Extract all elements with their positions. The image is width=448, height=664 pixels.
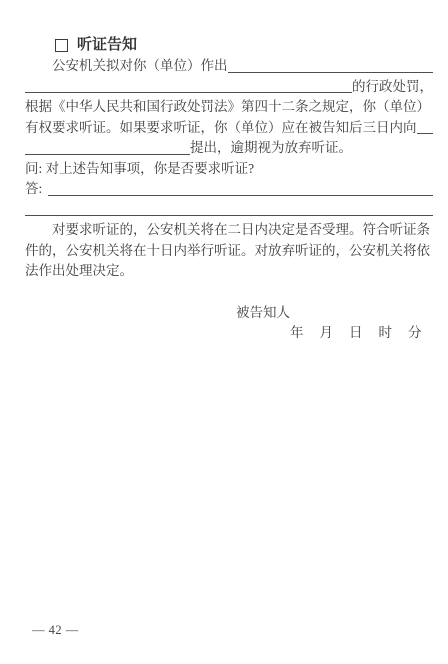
- hour-label: 时: [379, 323, 393, 344]
- blank-penalty-content[interactable]: [228, 72, 434, 73]
- month-label: 月: [320, 323, 334, 344]
- notes-line-2-text: 件的，公安机关将在十日内举行听证。对放弃听证的，公安机关将依: [25, 241, 430, 262]
- question-text: 问: 对上述告知事项，你是否要求听证?: [25, 159, 254, 180]
- intro-line-3: 根据《中华人民共和国行政处罚法》第四十二条之规定，你（单位）: [25, 97, 433, 118]
- blank-authority-short[interactable]: [417, 133, 434, 134]
- notes-line-3: 法作出处理决定。: [25, 261, 433, 282]
- intro-line-5-text: 提出，逾期视为放弃听证。: [190, 138, 352, 159]
- signee-label: 被告知人: [236, 305, 290, 320]
- blank-authority-name[interactable]: [25, 154, 190, 155]
- form-body: 听证告知 公安机关拟对你（单位）作出 的行政处罚， 根据《中华人民共和国行政处罚…: [25, 35, 433, 344]
- question-line: 问: 对上述告知事项，你是否要求听证?: [25, 159, 433, 180]
- intro-line-2-text: 的行政处罚，: [352, 77, 433, 98]
- notes-line-1: 对要求听证的，公安机关将在二日内决定是否受理。符合听证条: [25, 220, 433, 241]
- notes-line-2: 件的，公安机关将在十日内举行听证。对放弃听证的，公安机关将依: [25, 241, 433, 262]
- answer-continuation-line: [25, 200, 433, 221]
- minute-label: 分: [408, 323, 422, 344]
- page-number: — 42 —: [32, 623, 79, 638]
- document-page: 听证告知 公安机关拟对你（单位）作出 的行政处罚， 根据《中华人民共和国行政处罚…: [0, 0, 448, 664]
- intro-line-1: 公安机关拟对你（单位）作出: [25, 56, 433, 77]
- answer-label: 答:: [25, 179, 42, 200]
- intro-line-1-text: 公安机关拟对你（单位）作出: [52, 56, 228, 77]
- day-label: 日: [349, 323, 363, 344]
- date-line: 年 月 日 时 分: [25, 323, 433, 344]
- blank-answer-continued[interactable]: [25, 215, 433, 216]
- hearing-notice-checkbox[interactable]: [55, 39, 68, 52]
- intro-line-4-text: 有权要求听证。如果要求听证，你（单位）应在被告知后三日内向: [25, 118, 417, 139]
- form-heading: 听证告知: [25, 35, 433, 56]
- notes-line-1-text: 对要求听证的，公安机关将在二日内决定是否受理。符合听证条: [52, 220, 430, 241]
- intro-line-5: 提出，逾期视为放弃听证。: [25, 138, 433, 159]
- signee-line: 被告知人: [25, 303, 433, 324]
- intro-line-2: 的行政处罚，: [25, 77, 433, 98]
- year-label: 年: [290, 323, 304, 344]
- blank-penalty-content-continued[interactable]: [25, 92, 352, 93]
- section-title: 听证告知: [77, 35, 137, 56]
- intro-line-4: 有权要求听证。如果要求听证，你（单位）应在被告知后三日内向: [25, 118, 433, 139]
- blank-answer[interactable]: [48, 195, 433, 196]
- intro-line-3-text: 根据《中华人民共和国行政处罚法》第四十二条之规定，你（单位）: [25, 97, 430, 118]
- answer-line: 答:: [25, 179, 433, 200]
- notes-line-3-text: 法作出处理决定。: [25, 261, 133, 282]
